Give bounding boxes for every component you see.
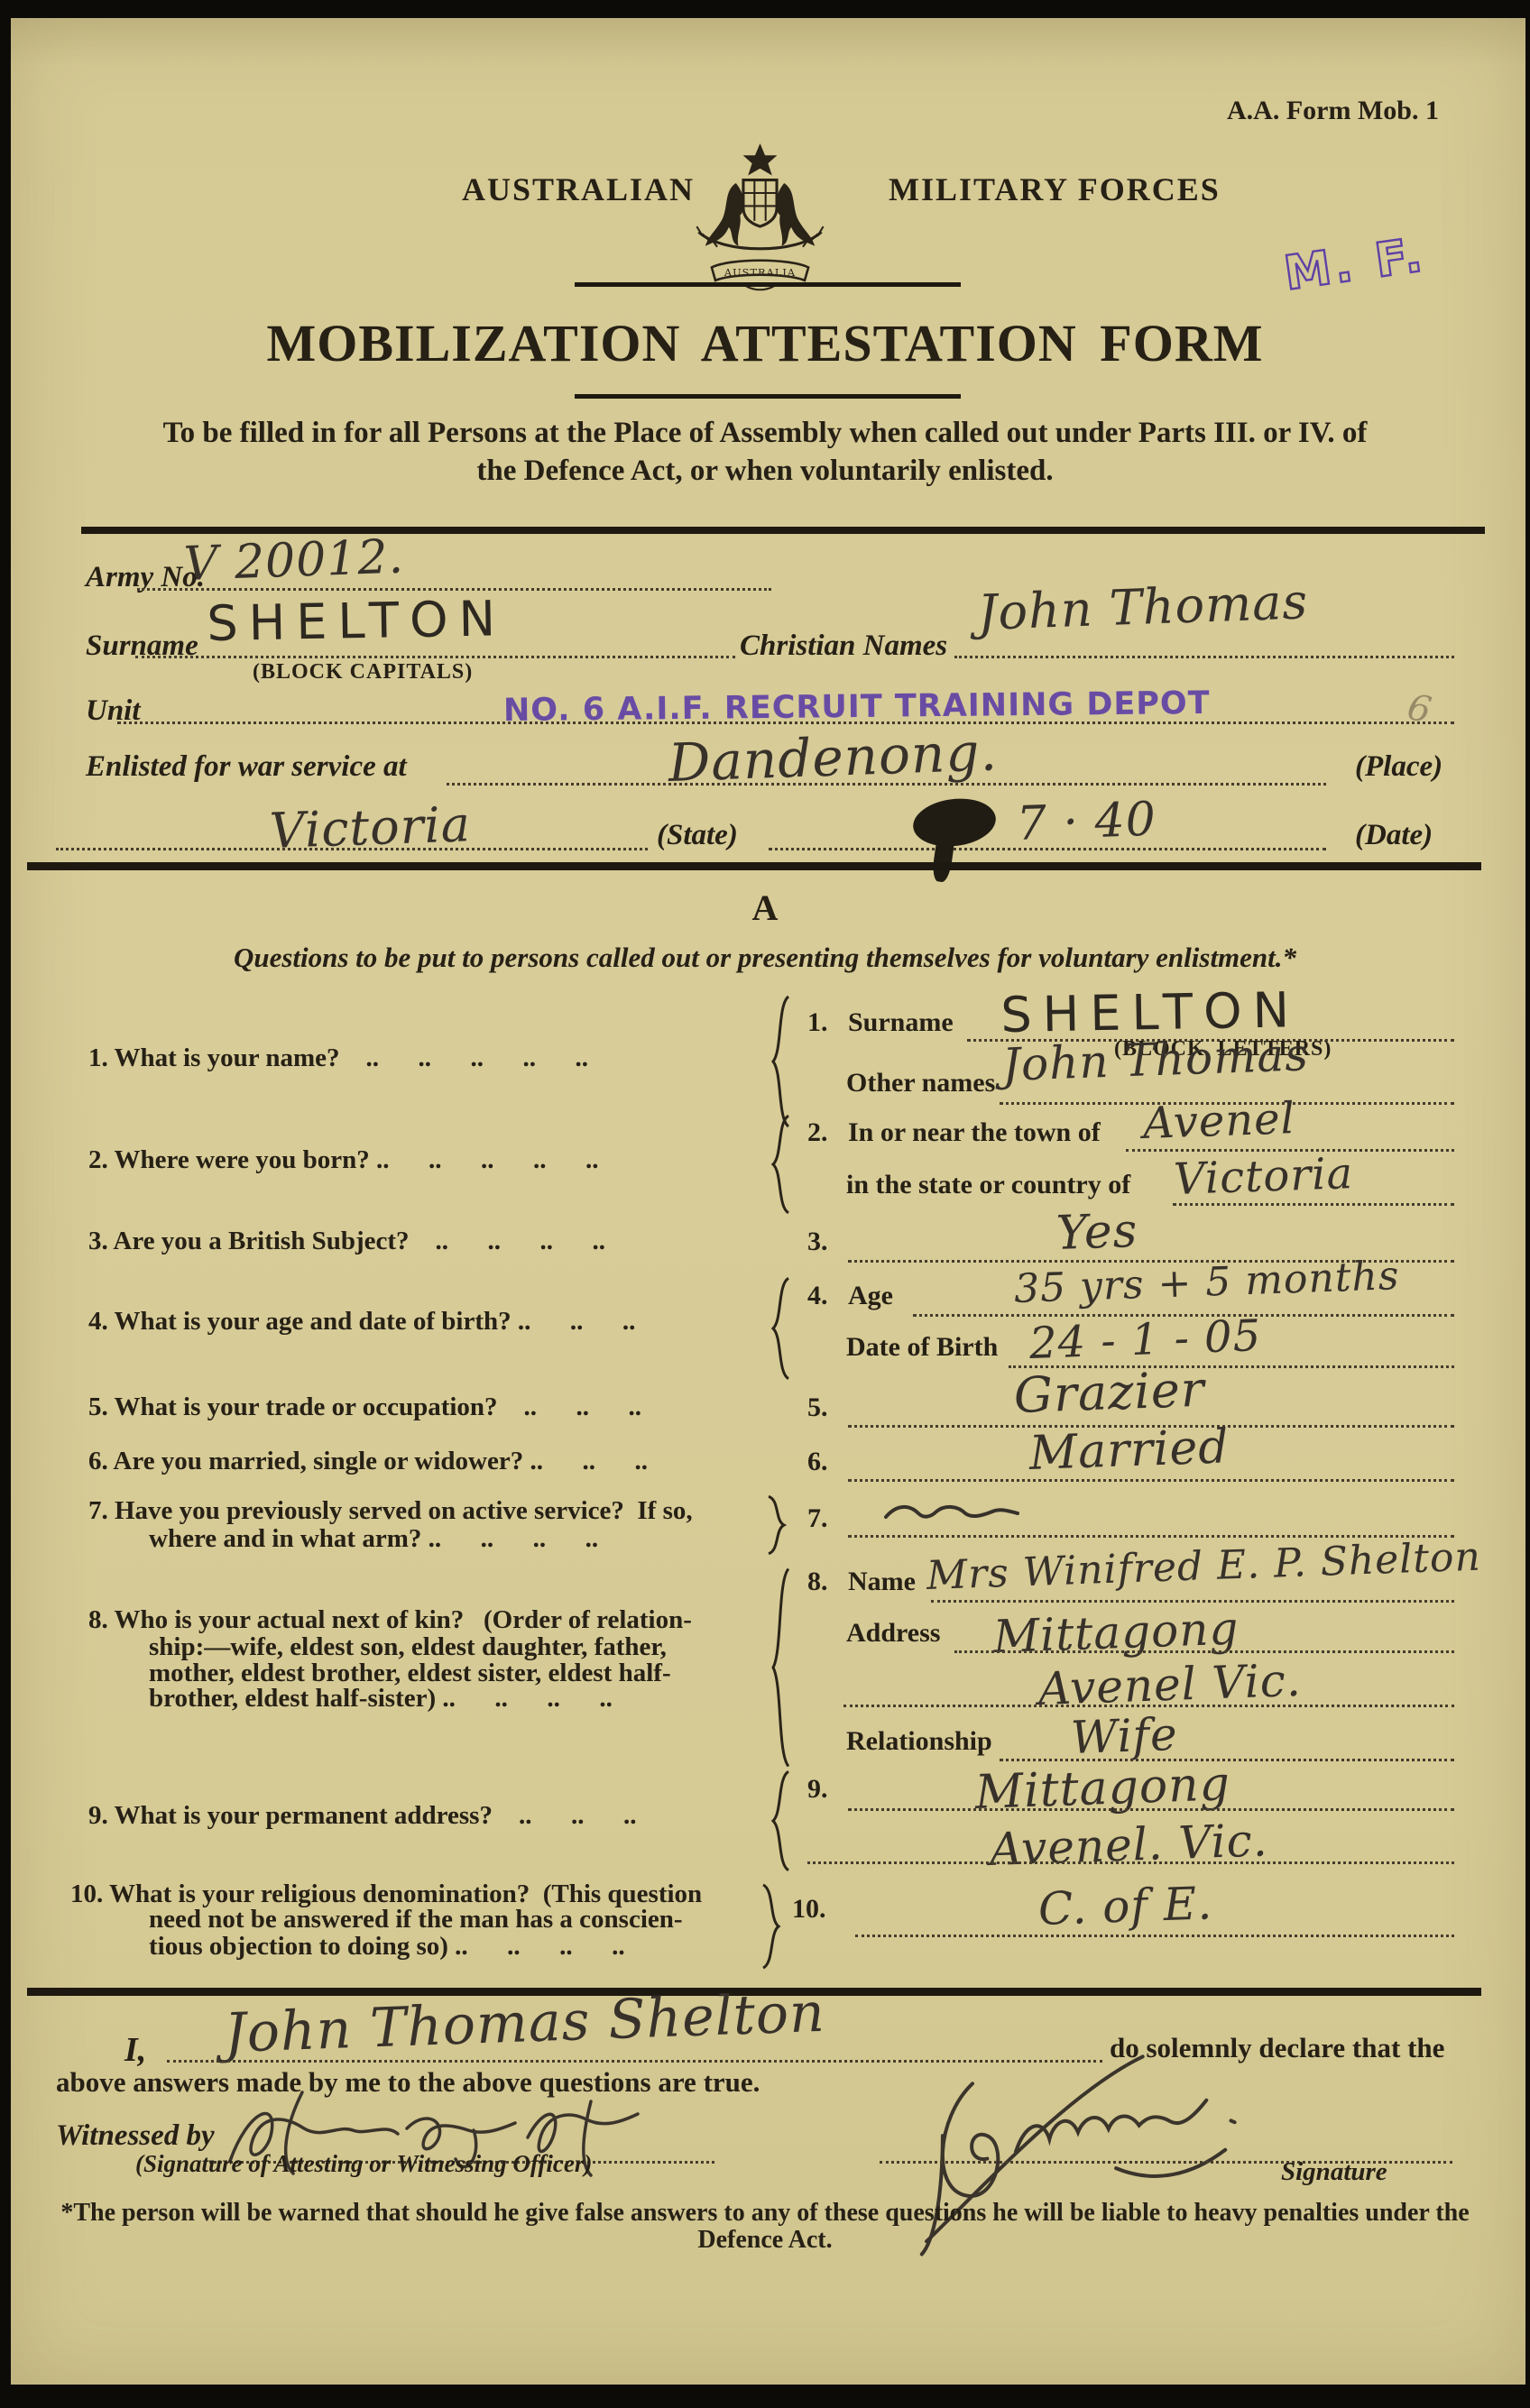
title-rule-bottom [575,394,961,399]
q9-answer-number: 9. [807,1774,828,1806]
q9-answer-line-2 [807,1861,1454,1864]
q7-answer-number: 7. [807,1503,828,1535]
declaration-pronoun: I, [124,2031,146,2071]
question-4-text: 4. What is your age and date of birth? .… [88,1307,635,1337]
q4-brace [769,1276,792,1381]
q6-answer-number: 6. [807,1447,828,1478]
question-7-text-line-1: 7. Have you previously served on active … [88,1496,693,1526]
scan-edge-bottom [0,2385,1530,2408]
question-6-text: 6. Are you married, single or widower? .… [88,1447,648,1476]
q1-surname-label: Surname [848,1007,954,1039]
witness-note: (Signature of Attesting or Witnessing Of… [135,2150,592,2178]
question-10-text-line-3: tious objection to doing so) .. .. .. .. [149,1932,625,1962]
header-right-title: MILITARY FORCES [889,171,1221,208]
q1-brace [769,994,792,1129]
question-1-text: 1. What is your name? .. .. .. .. .. [88,1043,588,1073]
witnessed-by-label: Witnessed by [56,2119,215,2154]
q10-answer-number: 10. [792,1894,826,1925]
footnote-line-2: Defence Act. [0,2226,1530,2255]
intro-line-2: the Defence Act, or when voluntarily enl… [0,455,1530,489]
state-line-left [56,848,648,850]
christian-names-value: John Thomas [977,573,1309,641]
q1-answer-number: 1. [807,1007,828,1039]
q9-answer-line-1 [848,1808,1454,1811]
q6-answer-value: Married [1028,1420,1230,1481]
question-7-text-line-2: where and in what arm? .. .. .. .. [149,1524,598,1554]
title-rule-top [575,282,961,287]
q10-answer-line [855,1935,1454,1937]
page-title: MOBILIZATION ATTESTATION FORM [0,314,1530,374]
question-9-text: 9. What is your permanent address? .. ..… [88,1801,636,1831]
date-note: (Date) [1355,819,1433,853]
q8-address-label: Address [846,1618,940,1650]
header-left-title: AUSTRALIAN [462,171,695,208]
q3-answer-number: 3. [807,1227,828,1258]
q7-answer-squiggle [882,1501,1022,1524]
surname-value: SHELTON [207,590,507,652]
q5-answer-number: 5. [807,1392,828,1424]
date-value: 7 · 40 [1016,793,1157,851]
enlisted-label: Enlisted for war service at [86,750,407,785]
q2-state-value: Victoria [1173,1148,1354,1205]
q8-brace [769,1565,792,1770]
question-3-text: 3. Are you a British Subject? .. .. .. .… [88,1227,605,1256]
crest-banner-text: AUSTRALIA [724,266,796,279]
q2-state-label: in the state or country of [846,1170,1130,1201]
q8-address-line-1 [954,1650,1454,1653]
q4-age-label: Age [848,1281,893,1312]
q8-relationship-value: Wife [1070,1708,1179,1764]
q2-state-line [1173,1203,1454,1206]
q1-other-names-label: Other names [846,1068,995,1099]
question-8-text-line-4: brother, eldest half-sister) .. .. .. .. [149,1684,613,1714]
section-a-subtitle: Questions to be put to persons called ou… [0,942,1530,974]
question-10-text-line-2: need not be answered if the man has a co… [149,1905,683,1935]
q10-brace [760,1883,783,1970]
q2-answer-number: 2. [807,1117,828,1149]
christian-names-line [954,656,1454,658]
state-note: (State) [657,819,738,853]
q8-name-line [931,1600,1454,1603]
q9-brace [769,1769,792,1872]
form-code: A.A. Form Mob. 1 [1227,96,1439,127]
question-8-text-line-1: 8. Who is your actual next of kin? (Orde… [88,1605,692,1635]
q6-answer-line [848,1479,1454,1482]
christian-names-label: Christian Names [740,630,947,664]
army-no-value: V 20012. [183,530,405,592]
screenshot-root: { "meta": { "form_code": "A.A. Form Mob.… [0,0,1530,2408]
q8-relationship-label: Relationship [846,1726,992,1758]
place-note: (Place) [1355,750,1442,785]
signature-label: Signature [1281,2157,1387,2187]
question-5-text: 5. What is your trade or occupation? .. … [88,1392,641,1422]
q4-dob-label: Date of Birth [846,1332,998,1364]
q2-brace [769,1114,792,1215]
surname-note: (BLOCK CAPITALS) [253,660,473,685]
footnote-line-1: *The person will be warned that should h… [0,2199,1530,2228]
surname-line [135,656,735,658]
q2-town-value: Avenel [1142,1093,1296,1149]
q4-answer-number: 4. [807,1281,828,1312]
q5-answer-value: Grazier [1013,1361,1206,1424]
q2-town-label: In or near the town of [848,1117,1101,1149]
intro-line-1: To be filled in for all Persons at the P… [0,417,1530,451]
q8-address-line-2 [843,1705,1454,1707]
q1-other-names-value: John Thomas [1001,1028,1310,1091]
q9-answer-value-2: Avenel. Vic. [989,1814,1268,1876]
q10-answer-value: C. of E. [1037,1877,1213,1935]
enlisted-place-line [447,783,1326,786]
q8-address-value-1: Mittagong [992,1603,1240,1663]
section-rule-2 [27,862,1481,870]
q8-answer-number: 8. [807,1567,828,1598]
coat-of-arms-crest: AUSTRALIA [686,142,834,305]
q4-dob-value: 24 - 1 - 05 [1028,1310,1262,1369]
q7-brace [765,1495,788,1555]
question-2-text: 2. Where were you born? .. .. .. .. .. [88,1145,599,1175]
section-a-heading: A [0,887,1530,929]
surname-label: Surname [86,630,198,664]
q3-answer-value: Yes [1055,1204,1138,1261]
scan-edge-top [0,0,1530,18]
unit-stamp: NO. 6 A.I.F. RECRUIT TRAINING DEPOT [503,685,1211,729]
q8-name-label: Name [848,1567,916,1598]
